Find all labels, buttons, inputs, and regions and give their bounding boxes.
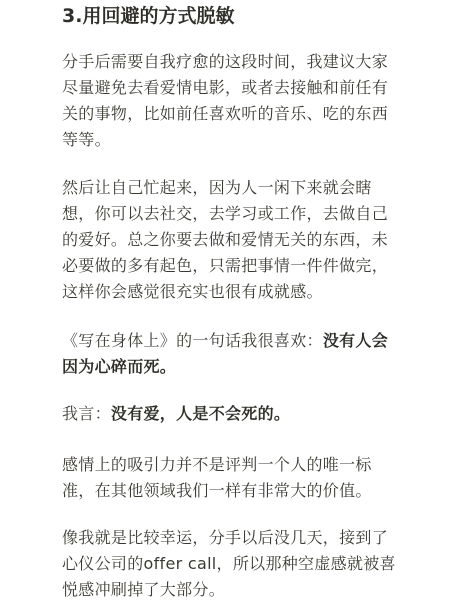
text-line: 尽量避免去看爱情电影，或者去接触和前任有 — [62, 75, 388, 101]
paragraph-quote: 《写在身体上》的一句话我很喜欢：没有人会 因为心碎而死。 — [62, 328, 388, 380]
saying-prefix: 我言： — [62, 404, 111, 423]
text-line: 关的事物，比如前任喜欢听的音乐、吃的东西 — [62, 101, 388, 127]
quote-bold-part1: 没有人会 — [323, 331, 388, 350]
section-heading: 3.用回避的方式脱敏 — [62, 3, 234, 29]
quote-intro: 《写在身体上》的一句话我很喜欢： — [62, 331, 323, 350]
text-line: 这样你会感觉很充实也很有成就感。 — [62, 279, 388, 305]
quote-bold-part2: 因为心碎而死。 — [62, 354, 388, 380]
paragraph-value: 感情上的吸引力并不是评判一个人的唯一标 准，在其他领域我们一样有非常大的价值。 — [62, 452, 372, 504]
text-line: 像我就是比较幸运，分手以后没几天，接到了 — [62, 525, 396, 551]
paragraph-my-saying: 我言：没有爱，人是不会死的。 — [62, 401, 290, 427]
paragraph-keep-busy: 然后让自己忙起来，因为人一闲下来就会瞎 想，你可以去社交，去学习或工作，去做自己… — [62, 175, 388, 305]
text-line: 想，你可以去社交，去学习或工作，去做自己 — [62, 201, 388, 227]
text-line: 感情上的吸引力并不是评判一个人的唯一标 — [62, 452, 372, 478]
paragraph-offer: 像我就是比较幸运，分手以后没几天，接到了 心仪公司的offer call，所以那… — [62, 525, 396, 600]
text-line: 悦感冲刷掉了大部分。 — [62, 577, 396, 600]
text-line: 等等。 — [62, 127, 388, 153]
saying-bold: 没有爱，人是不会死的。 — [111, 404, 290, 423]
text-line: 的爱好。总之你要去做和爱情无关的东西，未 — [62, 227, 388, 253]
text-line: 《写在身体上》的一句话我很喜欢：没有人会 — [62, 328, 388, 354]
paragraph-avoidance: 分手后需要自我疗愈的这段时间，我建议大家 尽量避免去看爱情电影，或者去接触和前任… — [62, 49, 388, 153]
text-line: 准，在其他领域我们一样有非常大的价值。 — [62, 478, 372, 504]
text-line: 分手后需要自我疗愈的这段时间，我建议大家 — [62, 49, 388, 75]
text-line: 必要做的多有起色，只需把事情一件件做完， — [62, 253, 388, 279]
text-line: 然后让自己忙起来，因为人一闲下来就会瞎 — [62, 175, 388, 201]
text-line: 心仪公司的offer call，所以那种空虚感就被喜 — [62, 551, 396, 577]
text-line: 我言：没有爱，人是不会死的。 — [62, 401, 290, 427]
